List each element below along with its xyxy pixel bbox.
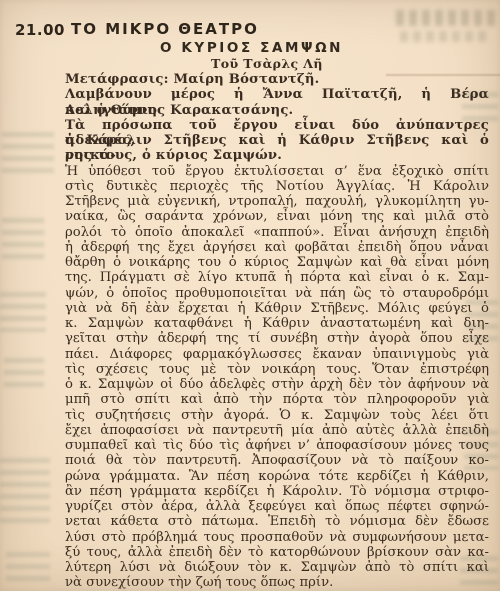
body-line: μπῆ στὸ σπίτι καὶ ἀπὸ τὴν πόρτα τὸν πληρ… [65, 392, 489, 407]
bleed-through-artifact [0, 458, 50, 530]
bleed-through-artifact [6, 552, 50, 586]
body-line: Τὰ πρόσωπα τοῦ ἔργου εἶναι δύο ἀνύπαντρε… [65, 118, 489, 133]
body-line: καὶ ὁ Θύμιος Καρακατσάνης. [65, 103, 489, 118]
body-line: Μετάφρασις: Μαίρη Βόσταντζῆ. [65, 72, 489, 87]
bleed-through-artifact [0, 292, 46, 332]
body-line: πάει. Διάφορες φαρμακόγλωσσες ἔκαναν ὑπα… [65, 347, 489, 362]
bleed-through-artifact [2, 218, 44, 264]
body-line: γυρίζει στὸν ἀέρα, ἀλλὰ ξεφεύγει καὶ ὅπω… [65, 499, 489, 514]
body-line: λύσι στὸ πρόβλημά τους προσπαθοῦν νὰ συμ… [65, 530, 489, 545]
body-line: νεται κάθετα στὸ πάτωμα. Ἐπειδὴ τὸ νόμισ… [65, 514, 489, 529]
body-line: ὁ κ. Σαμψὼν οἱ δύο ἀδελφὲς στὴν ἀρχὴ δὲν… [65, 377, 489, 392]
body-line: ρης τους, ὁ κύριος Σαμψών. [65, 148, 489, 163]
body-line: Στῆβενς μιὰ εὐγενική, ντροπαλή, παχουλή,… [65, 194, 489, 209]
body-line: τὶς συζητήσεις στὴν ἀγορά. Ὁ κ. Σαμψὼν τ… [65, 408, 489, 423]
bleed-through-artifact [400, 31, 490, 42]
body-line: ξύ τους, ἀλλὰ ἐπειδὴ δὲν τὸ κατορθώνουν … [65, 545, 489, 560]
body-line: γιὰ νὰ δῆ ἐὰν ἔρχεται ἡ Κάθριν Στῆβενς. … [65, 301, 489, 316]
bleed-through-artifact [4, 358, 44, 388]
body-line: γεῖται στὴν ἀδερφή της τί συνέβη στὴν ἀγ… [65, 331, 489, 346]
play-title: Ο ΚΥΡΙΟΣ ΣΑΜΨΩΝ [160, 40, 343, 56]
synopsis-text-column: Μετάφρασις: Μαίρη Βόσταντζῆ. Λαμβάνουν μ… [65, 72, 489, 591]
body-line: στὶς δυτικὲς περιοχὲς τῆς Νοτίου Ἀγγλίας… [65, 179, 489, 194]
broadcast-time: 21.00 [15, 21, 65, 39]
body-line: της. Πράγματι σὲ λίγο κτυπᾶ ἡ πόρτα καὶ … [65, 270, 489, 285]
program-title: ΤΟ ΜΙΚΡΟ ΘΕΑΤΡΟ [71, 20, 259, 38]
body-line: λύτερη λύσι νὰ διώξουν τὸν κ. Σαμψὼν ἀπὸ… [65, 560, 489, 575]
body-line: Ἡ ὑπόθεσι τοῦ ἔργου ἐκτυλίσσεται σ’ ἕνα … [65, 164, 489, 179]
author-byline: Τοῦ Τσὰρλς Λῆ [211, 56, 323, 71]
scanned-tv-listing-page: 21.00 ΤΟ ΜΙΚΡΟ ΘΕΑΤΡΟ Ο ΚΥΡΙΟΣ ΣΑΜΨΩΝ Το… [0, 0, 500, 591]
body-line: ἔχει ἀποφασίσει νὰ παντρευτῆ μία ἀπὸ αὐτ… [65, 423, 489, 438]
body-line: Λαμβάνουν μέρος ἡ Ἄννα Παϊτατζῆ, ἡ Βέρα … [65, 87, 489, 102]
body-line: συμπαθεῖ καὶ τὶς δύο τὶς ἀφήνει ν’ ἀποφα… [65, 438, 489, 453]
body-line: νὰ συνεχίσουν τὴν ζωή τους ὅπως πρίν. [65, 575, 489, 590]
body-line: ρώνα γράμματα. Ἂν πέση κορώνα τότε κερδί… [65, 469, 489, 484]
body-line: ποιά θὰ τὸν παντρευτῆ. Ἀποφασίζουν νὰ τὸ… [65, 453, 489, 468]
body-line: κ. Σαμψὼν καταφθάνει ἡ Κάθριν ἀναστατωμέ… [65, 316, 489, 331]
body-line: ἡ Κάρολιν Στῆβενς καὶ ἡ Κάθριν Στῆβενς κ… [65, 133, 489, 148]
body-line: ἡ ἀδερφή της ἔχει ἀργήσει καὶ φοβᾶται ἐπ… [65, 240, 489, 255]
body-line: ναίκα, ὣς σαράντα χρόνων, εἶναι μόνη της… [65, 209, 489, 224]
body-line: θἄρθη ὁ νοικάρης του ὁ κύριος Σαμψὼν καὶ… [65, 255, 489, 270]
bleed-through-artifact [2, 132, 54, 174]
body-line: ρολόι τὸ ὁποῖο ἀποκαλεῖ «παππού». Εἶναι … [65, 225, 489, 240]
body-line: ἂν πέση γράμματα κερδίζει ἡ Κάρολιν. Τὸ … [65, 484, 489, 499]
bleed-through-artifact [396, 10, 496, 26]
body-line: ψών, ὁ ὁποῖος προθυμοποιεῖται νὰ πάη ὣς … [65, 286, 489, 301]
body-line: τὶς σχέσεις τους μὲ τὸν νοικάρη τους. Ὅτ… [65, 362, 489, 377]
